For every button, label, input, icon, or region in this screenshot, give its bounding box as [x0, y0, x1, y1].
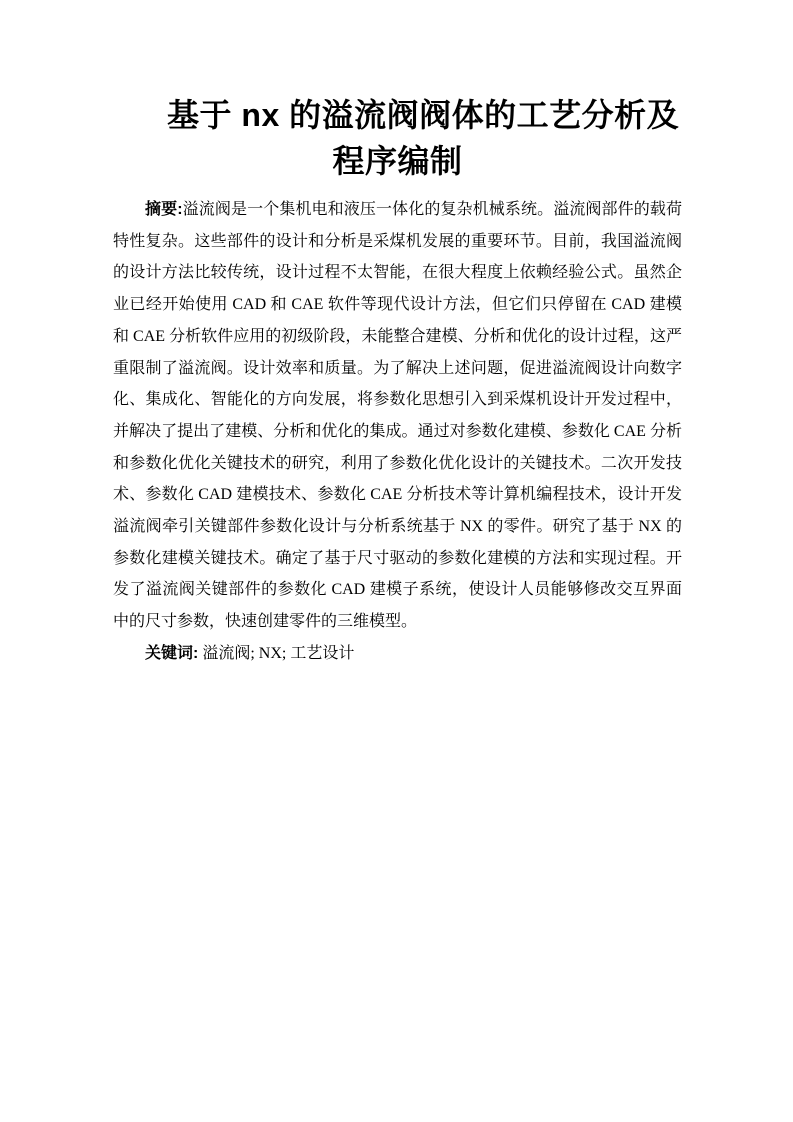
- document-page: 基于 nx 的溢流阀阀体的工艺分析及程序编制 摘要:溢流阀是一个集机电和液压一体…: [0, 0, 793, 1122]
- document-body: 摘要:溢流阀是一个集机电和液压一体化的复杂机械系统。溢流阀部件的载荷特性复杂。这…: [113, 194, 682, 670]
- keywords-label: 关键词:: [145, 645, 198, 662]
- keywords-paragraph: 关键词: 溢流阀; NX; 工艺设计: [113, 638, 682, 670]
- abstract-label: 摘要:: [145, 201, 183, 218]
- abstract-paragraph: 摘要:溢流阀是一个集机电和液压一体化的复杂机械系统。溢流阀部件的载荷特性复杂。这…: [113, 194, 682, 638]
- document-title: 基于 nx 的溢流阀阀体的工艺分析及程序编制: [113, 92, 682, 184]
- keywords-text: 溢流阀; NX; 工艺设计: [198, 645, 354, 662]
- abstract-text: 溢流阀是一个集机电和液压一体化的复杂机械系统。溢流阀部件的载荷特性复杂。这些部件…: [113, 201, 682, 630]
